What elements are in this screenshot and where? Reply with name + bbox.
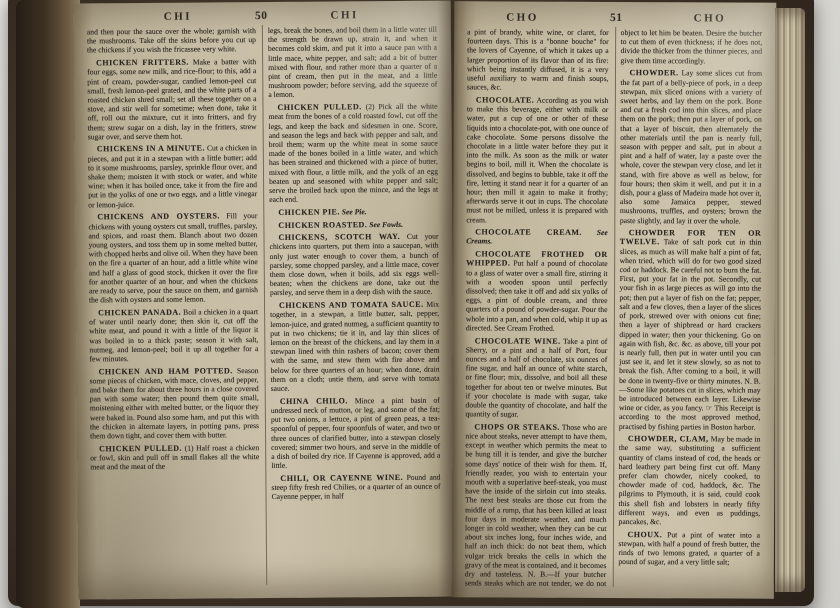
cross-reference: See Fowls.: [369, 219, 403, 228]
recipe-entry: CHOWDER FOR TEN OR TWELVE. Take of salt …: [619, 228, 761, 431]
running-head-right: CHI: [330, 9, 358, 21]
recipe-entry: CHICKEN ROASTED. See Fowls.: [269, 219, 438, 230]
right-page: CHO 51 CHO a pint of brandy, white wine,…: [452, 1, 777, 598]
running-head-left: CHO: [506, 12, 539, 24]
recipe-heading: CHOCOLATE CREAM.: [475, 228, 582, 237]
recipe-entry: CHOWDER, CLAM, May be made in the same w…: [619, 434, 761, 527]
recipe-entry: CHOCOLATE. According as you wish to make…: [466, 95, 608, 224]
recipe-entry: CHOCOLATE CREAM. See Creams.: [466, 228, 608, 247]
recipe-entry: CHICKEN FRITTERS. Make a batter with fou…: [87, 57, 257, 141]
recipe-heading: CHOUX.: [627, 530, 662, 539]
recipe-heading: CHICKEN FRITTERS.: [96, 58, 189, 68]
recipe-entry: CHICKENS, SCOTCH WAY. Cut your chickens …: [269, 232, 439, 298]
recipe-entry: CHICKEN PIE. See Pie.: [269, 206, 438, 217]
recipe-heading: CHOWDER FOR TEN OR TWELVE.: [620, 228, 762, 246]
recipe-heading: CHOPS OR STEAKS.: [474, 422, 560, 431]
recipe-heading: CHICKENS AND TOMATA SAUCE.: [279, 300, 424, 310]
recipe-heading: CHICKEN PIE.: [278, 207, 340, 216]
recipe-heading: CHOCOLATE WINE.: [475, 336, 561, 345]
text-column: a pint of brandy, white wine, or claret,…: [460, 26, 615, 587]
recipe-entry: CHICKENS AND OYSTERS. Fill your chickens…: [88, 211, 258, 304]
recipe-heading: CHINA CHILO.: [280, 396, 348, 406]
recipe-heading: CHICKEN PANADA.: [98, 308, 181, 318]
recipe-entry: CHICKEN PULLED. (2) Pick all the white m…: [268, 102, 438, 205]
running-head-left: CHI: [164, 11, 192, 23]
recipe-heading: CHOWDER, CLAM,: [628, 434, 709, 443]
page-number: 50: [255, 10, 268, 22]
recipe-entry: CHICKEN AND HAM POTTED. Season some piec…: [90, 366, 260, 441]
recipe-entry: legs, break the bones, and boil them in …: [268, 25, 438, 100]
recipe-heading: CHICKEN PULLED.: [277, 102, 361, 112]
page-fore-edge: [775, 8, 805, 592]
recipe-heading: CHOWDER.: [629, 68, 678, 77]
recipe-entry: CHOCOLATE FROTHED OR WHIPPED. Put half a…: [466, 250, 608, 333]
recipe-entry: CHICKENS IN A MINUTE. Cut a chicken in p…: [88, 143, 258, 209]
text-column: legs, break the bones, and boil them in …: [262, 24, 447, 585]
recipe-entry: CHICKEN PANADA. Boil a chicken in a quar…: [89, 307, 258, 364]
book-photo: CHI 50 CHI and then pour the sauce over …: [0, 0, 840, 608]
cross-reference: See Pie.: [342, 207, 367, 216]
recipe-entry: CHICKEN PULLED. (1) Half roast a chicken…: [90, 443, 259, 472]
recipe-entry: CHILI, OR CAYENNE WINE. Pound and steep …: [271, 472, 440, 501]
left-page: CHI 50 CHI and then pour the sauce over …: [74, 1, 456, 600]
recipe-entry: CHOUX. Put a pint of water into a stewpa…: [618, 530, 760, 567]
recipe-entry: CHOPS OR STEAKS. Those who are nice abou…: [465, 422, 607, 587]
page-header: CHO 51 CHO: [462, 7, 768, 24]
recipe-heading: CHOCOLATE.: [476, 95, 534, 104]
recipe-entry: CHOCOLATE WINE. Take a pint of Sherry, o…: [465, 336, 607, 419]
recipe-entry: a pint of brandy, white wine, or claret,…: [467, 27, 609, 92]
recipe-entry: object to let him be beaten. Desire the …: [621, 28, 763, 65]
recipe-heading: CHICKENS AND OYSTERS.: [97, 212, 220, 222]
recipe-entry: CHOWDER. Lay some slices cut from the fa…: [620, 68, 762, 225]
recipe-heading: CHOCOLATE FROTHED OR WHIPPED.: [466, 250, 608, 268]
text-column: and then pour the sauce over the whole; …: [82, 25, 266, 586]
recipe-heading: CHICKENS IN A MINUTE.: [97, 144, 205, 154]
page-header: CHI 50 CHI: [82, 7, 443, 24]
recipe-entry: CHINA CHILO. Mince a pint basin of undre…: [271, 395, 441, 470]
book-spine: [16, 0, 80, 608]
running-head-right: CHO: [694, 12, 727, 24]
recipe-heading: CHICKENS, SCOTCH WAY.: [278, 232, 400, 242]
page-number: 51: [610, 12, 623, 24]
recipe-heading: CHICKEN ROASTED.: [278, 220, 367, 230]
text-column: object to let him be beaten. Desire the …: [612, 27, 768, 588]
recipe-heading: CHICKEN PULLED.: [99, 443, 182, 453]
recipe-heading: CHILI, OR CAYENNE WINE.: [280, 473, 403, 483]
recipe-heading: CHICKEN AND HAM POTTED.: [99, 366, 233, 376]
recipe-entry: CHICKENS AND TOMATA SAUCE. Mix together,…: [270, 300, 440, 393]
recipe-entry: and then pour the sauce over the whole; …: [87, 26, 256, 55]
